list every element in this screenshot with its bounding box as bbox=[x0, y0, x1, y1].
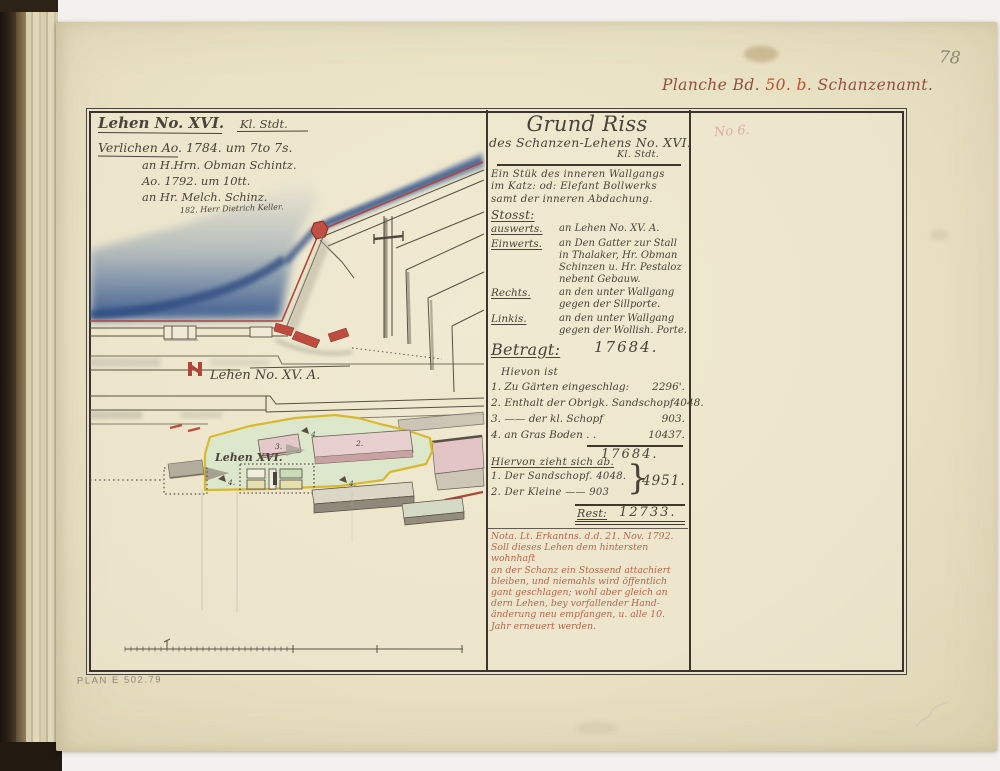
bastion-chevrons bbox=[396, 212, 484, 392]
panel-subtitle2: Kl. Stdt. bbox=[617, 149, 659, 160]
bound-label: Einwerts. bbox=[491, 238, 542, 250]
item-value: 2296'. bbox=[652, 381, 685, 393]
deduction-heading: Hiervon zieht sich ab. bbox=[491, 456, 614, 468]
book-cover-top bbox=[0, 0, 58, 12]
parcel-description: Ein Stük des inneren Wallgangsim Katz: o… bbox=[491, 169, 665, 206]
text-line: änderung neu empfangen, u. alle 10. bbox=[491, 609, 687, 620]
item-value: 10437. bbox=[648, 429, 685, 441]
paper-stain bbox=[576, 722, 616, 734]
deduction-item: 2. Der Kleine —— 903 bbox=[491, 487, 609, 498]
plate-text: Planche Bd. bbox=[662, 76, 765, 94]
granted-line1: Verlichen Ao. 1784. um 7to 7s. bbox=[98, 140, 292, 155]
item-text: 1. Zu Gärten eingeschlag: bbox=[491, 381, 629, 393]
lehen-xva-red-mark bbox=[188, 362, 202, 376]
item-value: 903. bbox=[662, 413, 685, 425]
text-line: im Katz: od: Elefant Bollwerks bbox=[491, 181, 665, 193]
scanned-album-page: 78 Planche Bd. 50. b. Schanzenamt. PLAN … bbox=[0, 0, 1000, 771]
text-line: gegen der Wollish. Porte. bbox=[559, 325, 687, 337]
folio-number: 78 bbox=[939, 47, 962, 68]
text-line: an den unter Wallgang bbox=[559, 313, 687, 325]
page-edges bbox=[26, 10, 58, 755]
text-line: samt der inneren Abdachung. bbox=[491, 194, 665, 206]
text-line: Jahr erneuert werden. bbox=[491, 621, 687, 632]
label-lehen-xva: Lehen No. XV. A. bbox=[209, 368, 320, 383]
stosst-heading: Stosst: bbox=[491, 208, 535, 222]
granted-line3: Ao. 1792. um 10tt. bbox=[141, 174, 250, 188]
text-line: an der Schanz ein Stossend attachiert bbox=[491, 565, 687, 576]
bound-text: an Den Gatter zur Stallin Thalaker, Hr. … bbox=[559, 238, 682, 286]
bound-text: an Lehen No. XV. A. bbox=[559, 223, 659, 235]
item-text: 4. an Gras Boden . . bbox=[491, 429, 596, 441]
text-line: an den unter Wallgang bbox=[559, 287, 674, 299]
text-line: Ein Stük des inneren Wallgangs bbox=[491, 169, 665, 181]
faint-pencil-mark bbox=[912, 697, 952, 731]
label-area-4c: 4. bbox=[348, 479, 356, 488]
paper-stain bbox=[744, 46, 778, 62]
frame-divider-left bbox=[486, 110, 488, 672]
bastion-salient-marker bbox=[311, 221, 328, 239]
catalog-number: PLAN E 502.79 bbox=[77, 674, 162, 686]
label-lehen-xvi: Lehen XVI. bbox=[214, 451, 283, 464]
text-line: nebent Gebauw. bbox=[559, 274, 682, 286]
title-rule bbox=[497, 164, 681, 166]
ledger-item: 4. an Gras Boden . . 10437. bbox=[491, 429, 685, 441]
fortification-plan-drawing: Lehen No. XVI. Kl. Stdt. Verlichen Ao. 1… bbox=[90, 112, 485, 668]
item-text: 3. —— der kl. Schopf bbox=[491, 413, 603, 425]
text-line: in Thalaker, Hr. Obman bbox=[559, 250, 682, 262]
plate-heading: Planche Bd. 50. b. Schanzenamt. bbox=[662, 76, 933, 94]
bound-text: an den unter Wallganggegen der Wollish. … bbox=[559, 313, 687, 337]
text-line: an Den Gatter zur Stall bbox=[559, 238, 682, 250]
left-dotted-enclosure bbox=[90, 460, 207, 494]
granted-line2: an H.Hrn. Obman Schintz. bbox=[142, 158, 297, 172]
label-building-3: 3. bbox=[275, 442, 282, 451]
ledger-item: 1. Zu Gärten eingeschlag: 2296'. bbox=[491, 381, 685, 393]
bound-text: an den unter Wallganggegen der Sillporte… bbox=[559, 287, 674, 311]
lower-terrace-red-marks bbox=[170, 425, 200, 431]
rest-value: 12733. bbox=[619, 505, 677, 520]
text-line: Schinzen u. Hr. Pestaloz bbox=[559, 262, 682, 274]
granted-line4: an Hr. Melch. Schinz. bbox=[142, 190, 267, 204]
book-spine-edge bbox=[16, 0, 26, 771]
ledger-item: 2. Enthalt der Obrigk. Sandschopf 4048. bbox=[491, 397, 685, 409]
map-title: Lehen No. XVI. bbox=[97, 114, 224, 132]
frame-divider-right bbox=[689, 110, 691, 672]
scale-bar bbox=[125, 639, 463, 653]
item-value: 4048. bbox=[674, 397, 704, 409]
book-cover-bottom bbox=[0, 742, 62, 771]
betragt-value: 17684. bbox=[594, 338, 659, 356]
rest-label: Rest: bbox=[577, 507, 607, 520]
label-area-4b: 4. bbox=[227, 478, 235, 487]
text-line: dern Lehen, bey vorfallender Hand- bbox=[491, 598, 687, 609]
description-panel: Grund Riss des Schanzen-Lehens No. XVI. … bbox=[489, 110, 688, 670]
text-line: Nota. Lt. Erkantns. d.d. 21. Nov. 1792. bbox=[491, 531, 687, 542]
item-text: 2. Enthalt der Obrigk. Sandschopf bbox=[491, 397, 674, 409]
betragt-label: Betragt: bbox=[491, 340, 560, 359]
map-title-suffix: Kl. Stdt. bbox=[239, 117, 288, 131]
rest-underline-2 bbox=[575, 524, 685, 525]
hievon-heading: Hievon ist bbox=[501, 366, 558, 378]
inner-retrenchment-wall bbox=[374, 216, 403, 338]
ledger-item: 3. —— der kl. Schopf 903. bbox=[491, 413, 685, 425]
label-building-2: 2. bbox=[355, 439, 363, 448]
nota-divider bbox=[487, 528, 688, 529]
nota-block: Nota. Lt. Erkantns. d.d. 21. Nov. 1792.S… bbox=[491, 531, 687, 632]
deduction-total: 4951. bbox=[642, 473, 686, 489]
book-spine bbox=[0, 0, 16, 771]
deduction-item: 1. Der Sandschopf. 4048. bbox=[491, 471, 626, 482]
text-line: Soll dieses Lehen dem hintersten wohnhaf… bbox=[491, 542, 687, 564]
text-line: bleiben, und niemahls wird öffentlich bbox=[491, 576, 687, 587]
plate-number: 50. b. bbox=[765, 76, 812, 94]
text-line: gant geschlagen; wohl aber gleich an bbox=[491, 587, 687, 598]
label-area-4a: 4. bbox=[310, 430, 318, 439]
rest-underline-1 bbox=[575, 521, 685, 522]
bound-label: Rechts. bbox=[491, 287, 531, 299]
panel-subtitle: des Schanzen-Lehens No. XVI. bbox=[489, 135, 685, 150]
paper-stain bbox=[930, 230, 948, 240]
plate-office: Schanzenamt. bbox=[812, 76, 933, 94]
text-line: an Lehen No. XV. A. bbox=[559, 223, 659, 235]
bound-label: auswerts. bbox=[491, 223, 543, 235]
text-line: gegen der Sillporte. bbox=[559, 299, 674, 311]
panel-title: Grund Riss bbox=[489, 112, 685, 136]
bound-label: Linkis. bbox=[491, 313, 527, 325]
